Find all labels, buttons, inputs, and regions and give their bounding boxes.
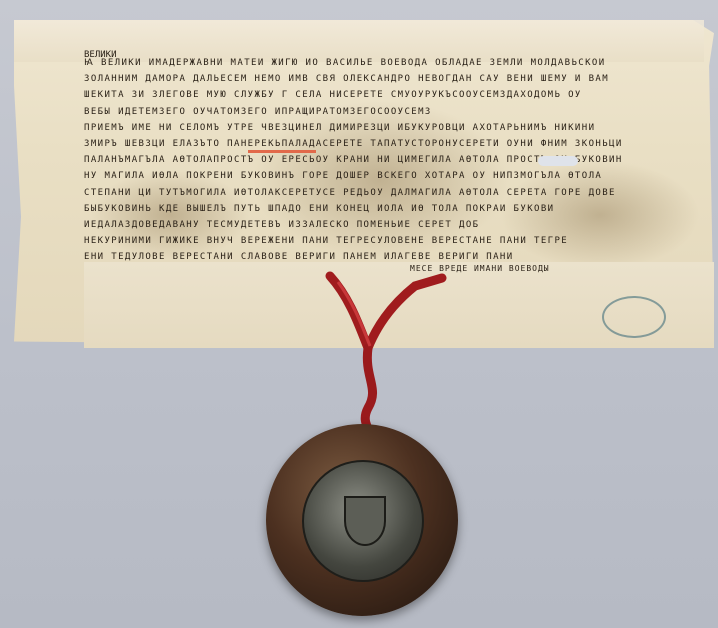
text-line: ЗОЛАННИМ ДАМОРА ДАЛЬЕСЕМ НЕМО ИМВ СВЯ ОЛ… bbox=[84, 74, 696, 84]
wax-seal bbox=[266, 424, 458, 616]
text-line: СТЕПАНИ ЦИ ТУТЪМОГИЛА ИӨТОЛАКСЕРЕТУСЕ РЕ… bbox=[84, 188, 696, 198]
text-line: ЕНИ ТЕДУЛОВЕ ВЕРЕСТАНИ СЛАВОВЕ ВЕРИГИ ПА… bbox=[84, 252, 696, 262]
parchment-hole bbox=[538, 156, 578, 166]
text-line: ЗМИРЪ ШЕВЗЦИ ЕЛАЗЪТО ПАНЕРЕКЬПАЛАДАСЕРЕТ… bbox=[84, 139, 696, 149]
text-line: ШЕКИТА ЗИ ЗЛЕГОВЕ МУЮ СЛУЖБУ Г СЕЛА НИСЕ… bbox=[84, 90, 696, 100]
text-line: НЕКУРИНИМИ ГИЖИКЕ ВНУЧ ВЕРЕЖЕНИ ПАНИ ТЕГ… bbox=[84, 236, 696, 246]
archive-stamp-icon bbox=[602, 296, 666, 338]
text-line: ПРИЕМЪ ИМЕ НИ СЕЛОМЪ УТРЕ ЧВЕЗЦИНЕЛ ДИМИ… bbox=[84, 123, 696, 133]
top-fold bbox=[14, 20, 704, 62]
text-line: НУ МАГИЛА ИӨЛА ПОКРЕНИ БУКОВИНЪ ГОРЕ ДОШ… bbox=[84, 171, 696, 181]
heraldic-shield-icon bbox=[344, 496, 386, 546]
text-line: БЫБУКОВИНЬ КДЕ ВЫШЕЛЪ ПУТЬ ШПАДО ЕНИ КОН… bbox=[84, 204, 696, 214]
text-line: ВЕБЫ ИДЕТЕМЗЕГО ОУЧАТОМЗЕГО ИПРАЩИРАТОМЗ… bbox=[84, 107, 696, 117]
red-underline-mark bbox=[248, 150, 316, 153]
silk-cord-icon bbox=[320, 268, 450, 438]
text-line: Ꙗ ВЕЛИКИ ИМАДЕРЖАВНИ МАТЕИ ЖИГЮ ИО ВАСИЛ… bbox=[84, 58, 696, 68]
text-line: ПАЛАНЪМАГЪЛА АӨТОЛАПРОСТЪ ОУ ЕРЕСЬОУ КРА… bbox=[84, 155, 696, 165]
seal-impression bbox=[302, 460, 424, 582]
text-line: ИЕДАЛАЗДОВЕДАВАНУ ТЕСМУДЕТЕВЪ ИЗЗАЛЕСКО … bbox=[84, 220, 696, 230]
